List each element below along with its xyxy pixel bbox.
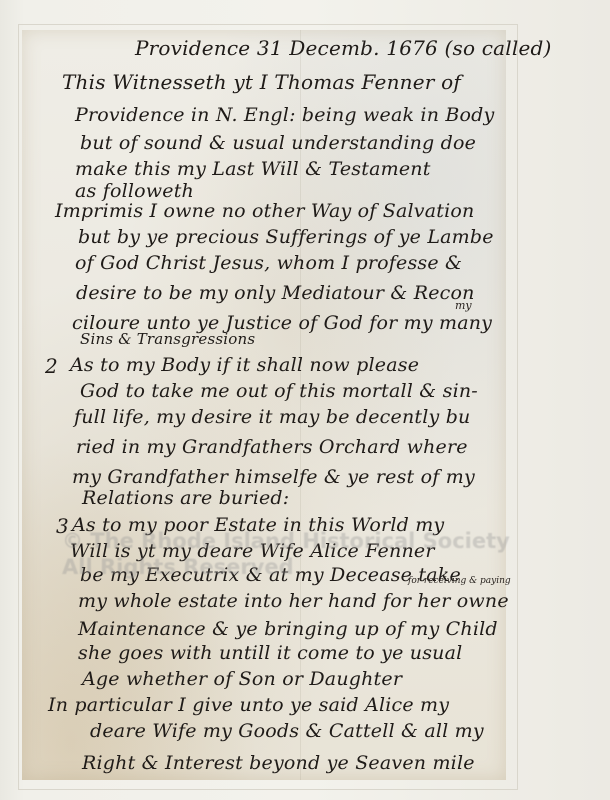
text-line: full life, my desire it may be decently … (74, 406, 471, 428)
watermark-line: All Rights Reserved (62, 554, 510, 580)
text-line: but of sound & usual understanding doe (80, 132, 476, 154)
text-line: As to my Body if it shall now please (70, 354, 419, 376)
header-line: Providence 31 Decemb. 1676 (so called) (135, 36, 552, 60)
text-line: This Witnesseth yt I Thomas Fenner of (62, 70, 461, 94)
text-line: she goes with untill it come to ye usual (78, 642, 462, 664)
item-number: 2 (45, 354, 58, 378)
text-line: of God Christ Jesus, whom I professe & (75, 252, 462, 274)
copyright-watermark: © The Rhode Island Historical Society Al… (62, 528, 510, 580)
text-line: Sins & Transgressions (80, 330, 255, 348)
watermark-line: © The Rhode Island Historical Society (62, 528, 510, 554)
text-line: In particular I give unto ye said Alice … (48, 694, 449, 716)
text-line: Right & Interest beyond ye Seaven mile (82, 752, 475, 774)
text-line: deare Wife my Goods & Cattell & all my (90, 720, 484, 742)
text-line: but by ye precious Sufferings of ye Lamb… (78, 226, 494, 248)
superscript-insert: my (455, 299, 472, 312)
text-line: Providence in N. Engl: being weak in Bod… (75, 104, 494, 126)
text-line: ried in my Grandfathers Orchard where (76, 436, 468, 458)
text-line: my whole estate into her hand for her ow… (78, 590, 509, 612)
text-line: make this my Last Will & Testament (75, 158, 431, 180)
text-line: God to take me out of this mortall & sin… (80, 380, 478, 402)
text-line: Imprimis I owne no other Way of Salvatio… (55, 200, 474, 222)
text-line: as followeth (75, 180, 194, 202)
text-line: Relations are buried: (82, 487, 289, 509)
text-line: Maintenance & ye bringing up of my Child (78, 618, 498, 640)
text-line: Age whether of Son or Daughter (82, 668, 402, 690)
text-line: desire to be my only Mediatour & Recon (76, 282, 475, 304)
text-line: my Grandfather himselfe & ye rest of my (72, 466, 475, 488)
